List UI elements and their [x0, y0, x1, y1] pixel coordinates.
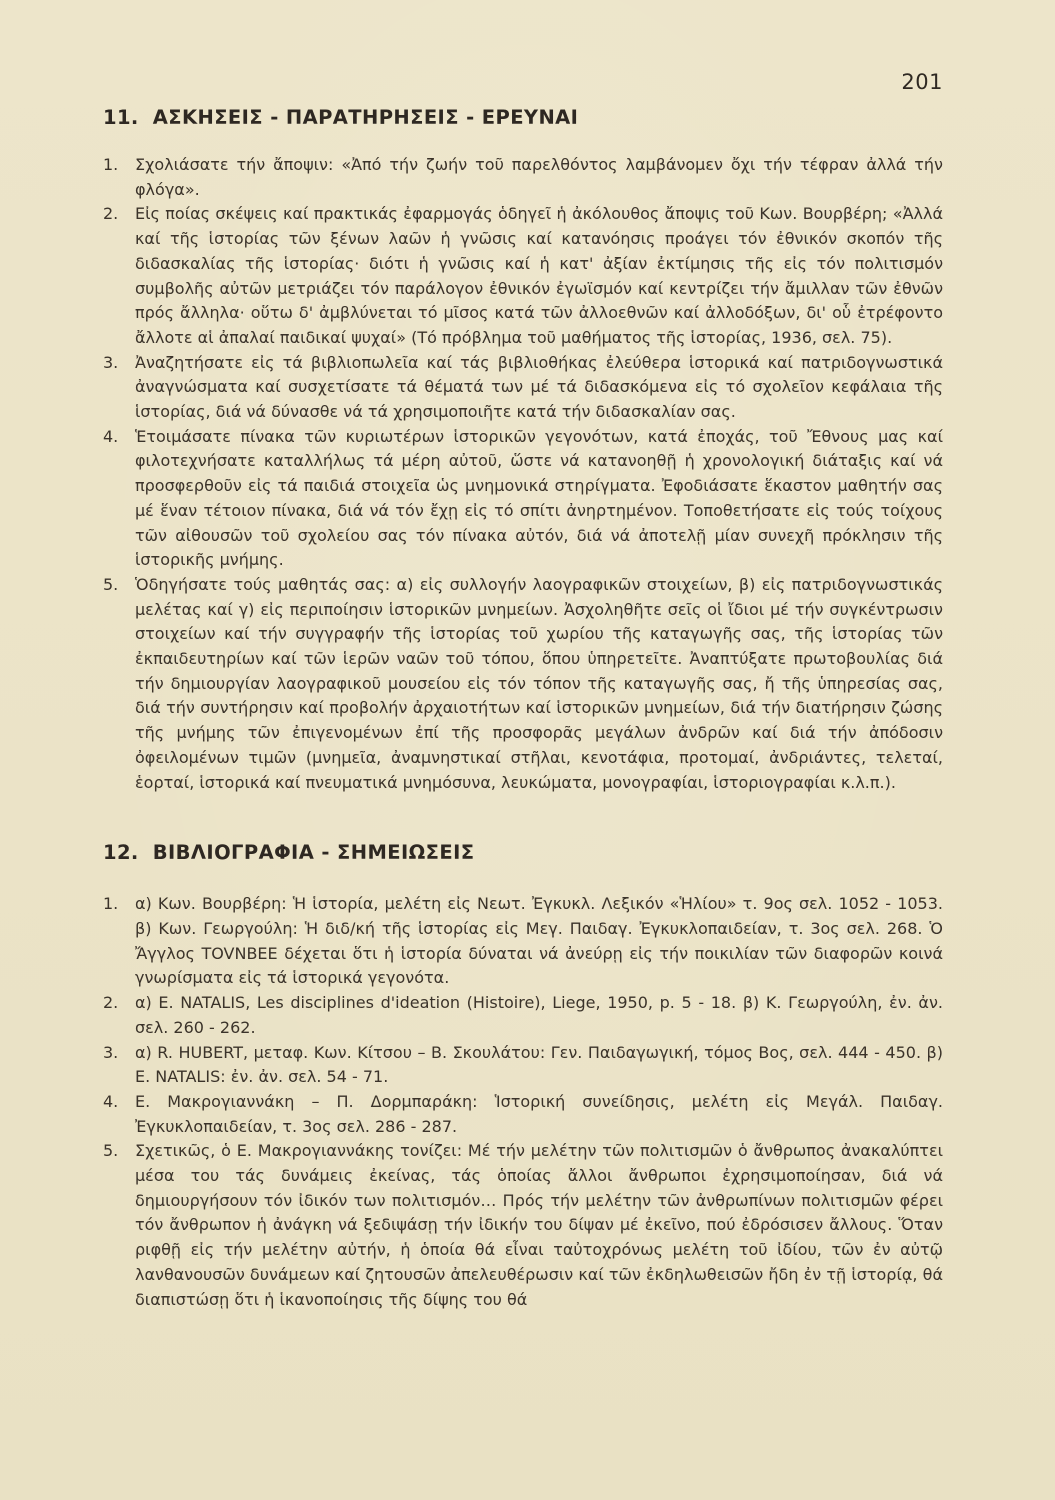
item-text: Ἀναζητήσατε εἰς τά βιβλιοπωλεῖα καί τάς … [135, 351, 943, 425]
section-12-number: 12. [103, 841, 139, 864]
page-number: 201 [901, 70, 943, 94]
item-number: 1. [103, 892, 135, 917]
item-number: 4. [103, 425, 135, 450]
item-text: Σχετικῶς, ὁ Ε. Μακρογιαννάκης τονίζει: Μ… [135, 1139, 943, 1312]
item-number: 5. [103, 1139, 135, 1164]
section-12-item-list: 1. α) Κων. Βουρβέρη: Ἡ ἱστορία, μελέτη ε… [103, 892, 943, 1312]
section-11-item-list: 1. Σχολιάσατε τήν ἄποψιν: «Ἀπό τήν ζωήν … [103, 153, 943, 795]
item-text: α) E. NATALIS, Les disciplines d'ideatio… [135, 991, 943, 1040]
list-item: 2. Εἰς ποίας σκέψεις καί πρακτικάς ἐφαρμ… [103, 202, 943, 350]
item-text: α) R. HUBERT, μεταφ. Κων. Κίτσου – Β. Σκ… [135, 1041, 943, 1090]
list-item: 4. Ε. Μακρογιαννάκη – Π. Δορμπαράκη: Ἱστ… [103, 1090, 943, 1139]
item-text: Εἰς ποίας σκέψεις καί πρακτικάς ἐφαρμογά… [135, 202, 943, 350]
list-item: 1. Σχολιάσατε τήν ἄποψιν: «Ἀπό τήν ζωήν … [103, 153, 943, 202]
item-number: 5. [103, 573, 135, 598]
item-number: 1. [103, 153, 135, 178]
section-11-number: 11. [103, 106, 139, 129]
list-item: 5. Ὁδηγήσατε τούς μαθητάς σας: α) εἰς συ… [103, 573, 943, 795]
scanned-book-page: 201 11.ΑΣΚΗΣΕΙΣ - ΠΑΡΑΤΗΡΗΣΕΙΣ - ΕΡΕΥΝΑΙ… [0, 0, 1055, 1500]
item-text: Σχολιάσατε τήν ἄποψιν: «Ἀπό τήν ζωήν τοῦ… [135, 153, 943, 202]
item-number: 3. [103, 1041, 135, 1066]
list-item: 3. α) R. HUBERT, μεταφ. Κων. Κίτσου – Β.… [103, 1041, 943, 1090]
item-number: 3. [103, 351, 135, 376]
section-11-heading: 11.ΑΣΚΗΣΕΙΣ - ΠΑΡΑΤΗΡΗΣΕΙΣ - ΕΡΕΥΝΑΙ [103, 106, 943, 129]
section-bibliography: 12.ΒΙΒΛΙΟΓΡΑΦΙΑ - ΣΗΜΕΙΩΣΕΙΣ 1. α) Κων. … [103, 841, 943, 1312]
item-text: Ε. Μακρογιαννάκη – Π. Δορμπαράκη: Ἱστορι… [135, 1090, 943, 1139]
page-content: 11.ΑΣΚΗΣΕΙΣ - ΠΑΡΑΤΗΡΗΣΕΙΣ - ΕΡΕΥΝΑΙ 1. … [103, 106, 943, 1312]
section-12-heading: 12.ΒΙΒΛΙΟΓΡΑΦΙΑ - ΣΗΜΕΙΩΣΕΙΣ [103, 841, 943, 864]
item-text: Ἑτοιμάσατε πίνακα τῶν κυριωτέρων ἱστορικ… [135, 425, 943, 573]
item-number: 4. [103, 1090, 135, 1115]
item-number: 2. [103, 991, 135, 1016]
section-11-title: ΑΣΚΗΣΕΙΣ - ΠΑΡΑΤΗΡΗΣΕΙΣ - ΕΡΕΥΝΑΙ [153, 106, 579, 129]
section-exercises: 11.ΑΣΚΗΣΕΙΣ - ΠΑΡΑΤΗΡΗΣΕΙΣ - ΕΡΕΥΝΑΙ 1. … [103, 106, 943, 795]
section-12-title: ΒΙΒΛΙΟΓΡΑΦΙΑ - ΣΗΜΕΙΩΣΕΙΣ [153, 841, 475, 864]
item-text: Ὁδηγήσατε τούς μαθητάς σας: α) εἰς συλλο… [135, 573, 943, 795]
list-item: 4. Ἑτοιμάσατε πίνακα τῶν κυριωτέρων ἱστο… [103, 425, 943, 573]
list-item: 1. α) Κων. Βουρβέρη: Ἡ ἱστορία, μελέτη ε… [103, 892, 943, 991]
item-text: α) Κων. Βουρβέρη: Ἡ ἱστορία, μελέτη εἰς … [135, 892, 943, 991]
list-item: 3. Ἀναζητήσατε εἰς τά βιβλιοπωλεῖα καί τ… [103, 351, 943, 425]
item-number: 2. [103, 202, 135, 227]
list-item: 5. Σχετικῶς, ὁ Ε. Μακρογιαννάκης τονίζει… [103, 1139, 943, 1312]
list-item: 2. α) E. NATALIS, Les disciplines d'idea… [103, 991, 943, 1040]
